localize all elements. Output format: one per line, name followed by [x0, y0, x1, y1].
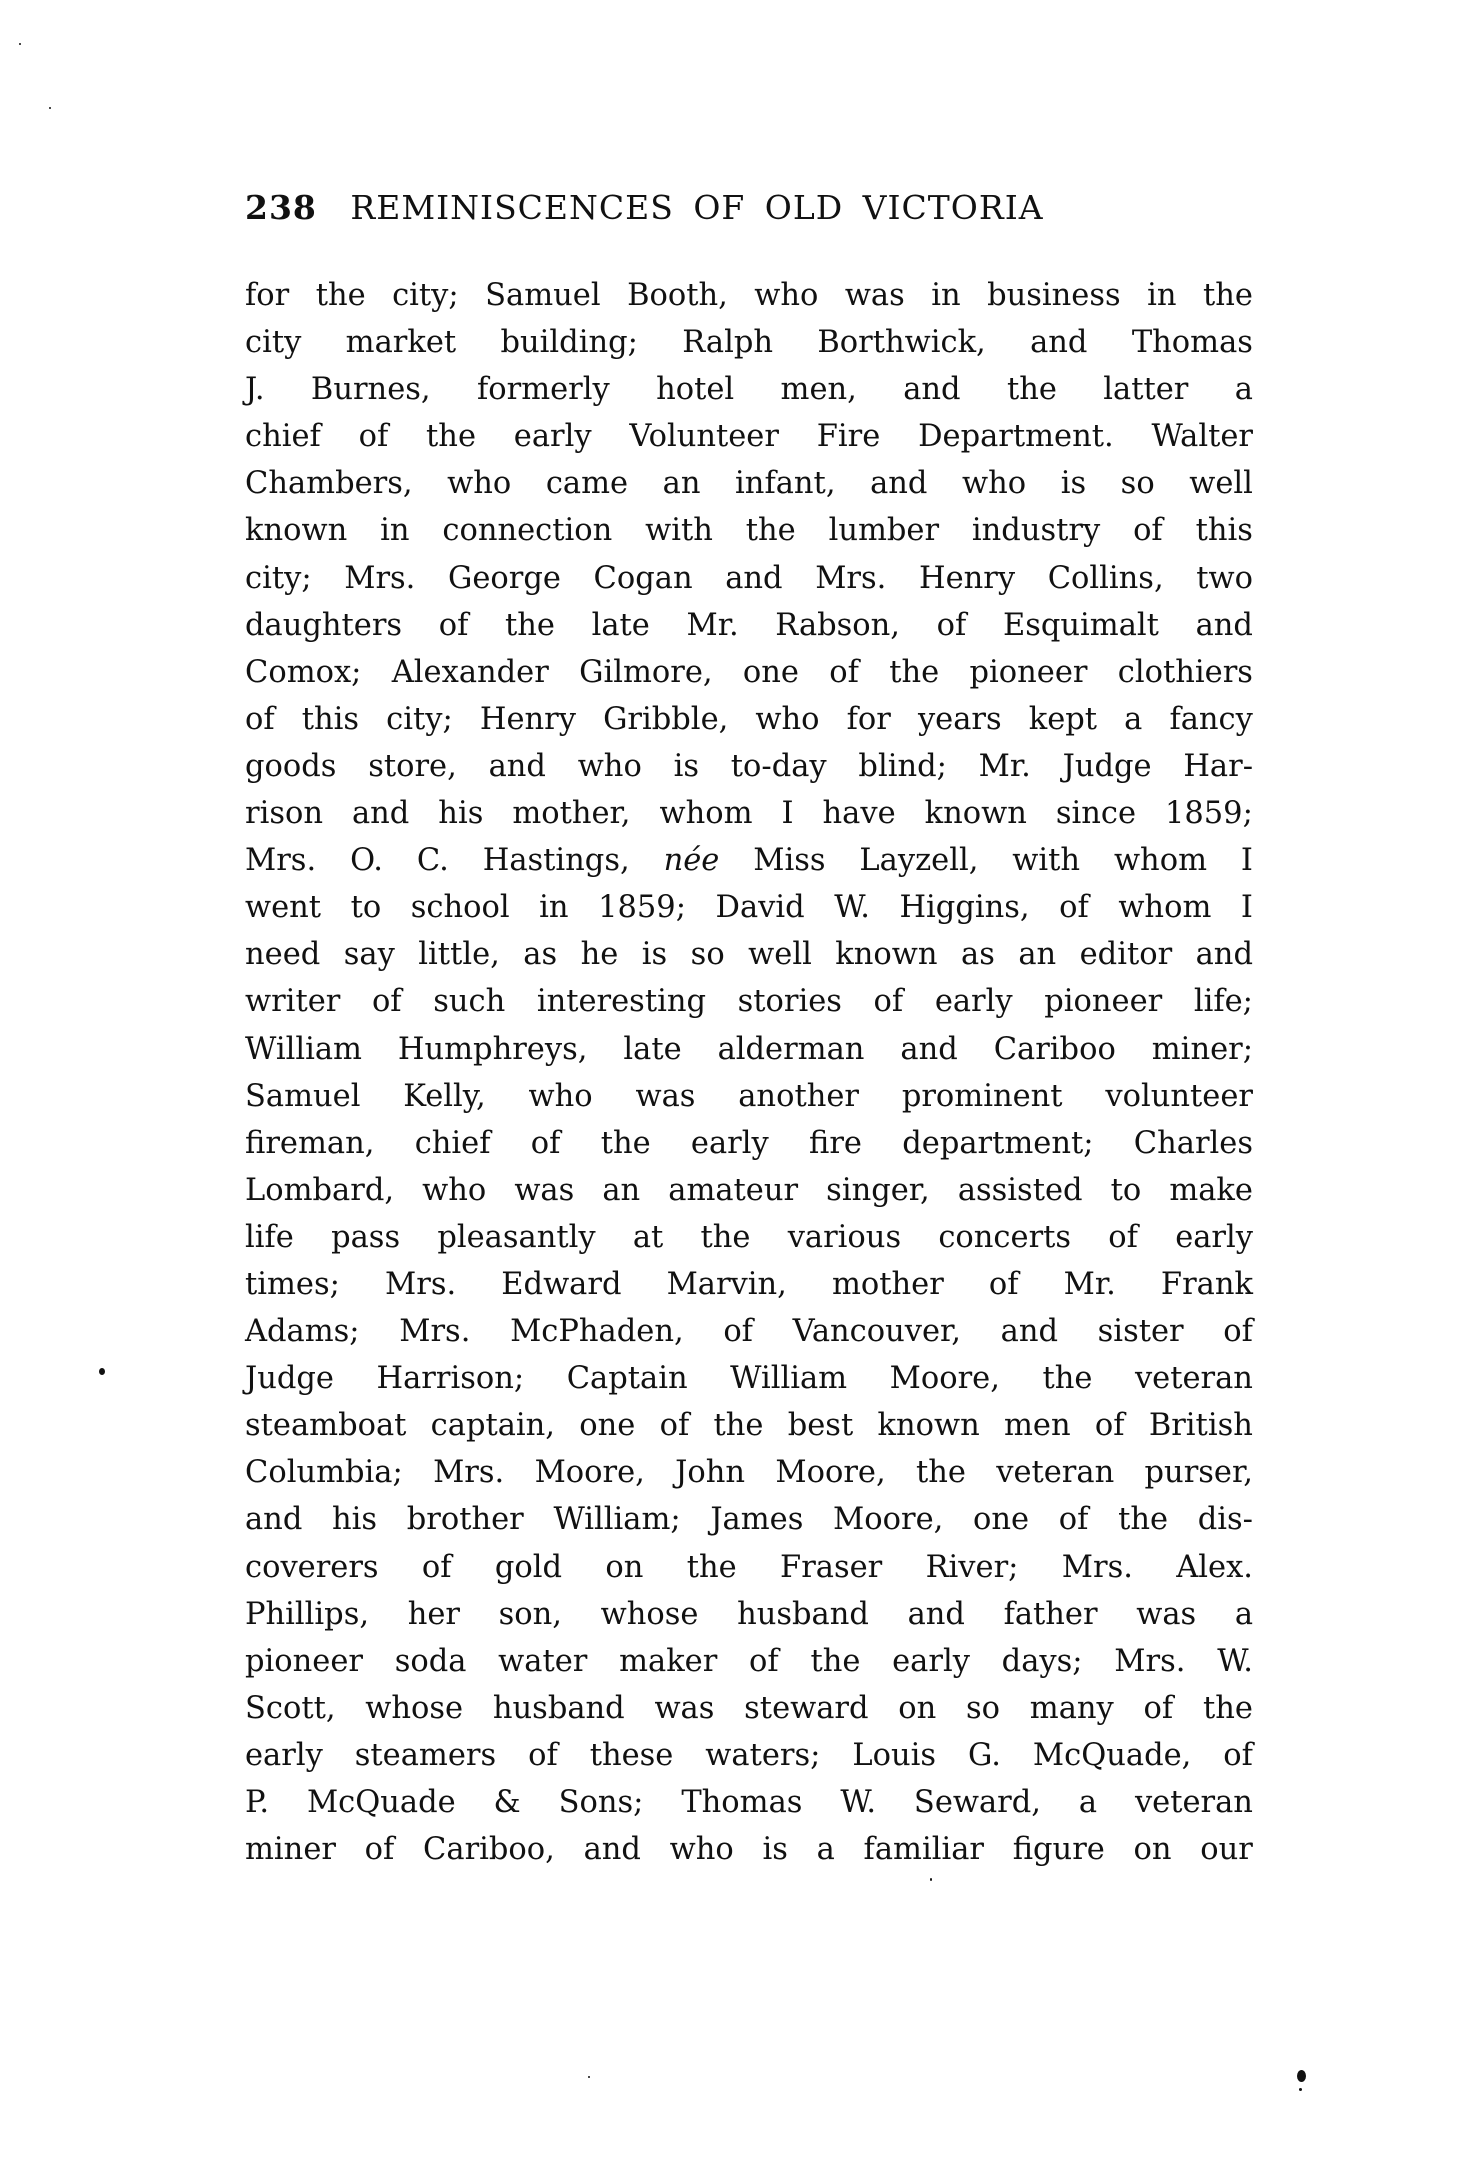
word: Henry	[919, 555, 1015, 602]
word: men	[1004, 1402, 1071, 1449]
word: an	[663, 460, 701, 507]
word: Edward	[501, 1261, 621, 1308]
word: stories	[738, 978, 842, 1025]
word: Fire	[817, 413, 881, 460]
word: kept	[1029, 696, 1097, 743]
word: who	[962, 460, 1026, 507]
word: David	[716, 884, 805, 931]
word: a	[1235, 366, 1253, 413]
ink-blot	[1297, 2070, 1306, 2082]
word: so	[691, 931, 725, 978]
word: Captain	[567, 1355, 688, 1402]
word: of	[365, 1826, 395, 1873]
text-line: pioneersodawatermakeroftheearlydays;Mrs.…	[245, 1638, 1253, 1685]
text-line: P.McQuade&Sons;ThomasW.Seward,aveteran	[245, 1779, 1253, 1826]
word: of	[372, 978, 402, 1025]
word: Ralph	[682, 319, 773, 366]
word: life	[245, 1214, 294, 1261]
word: the	[316, 272, 366, 319]
text-line: citymarketbuilding;RalphBorthwick,andTho…	[245, 319, 1253, 366]
text-line: andhisbrotherWilliam;JamesMoore,oneofthe…	[245, 1496, 1253, 1543]
word: city;	[245, 555, 312, 602]
word: née	[664, 837, 720, 884]
word: Scott,	[245, 1685, 336, 1732]
word: Esquimalt	[1003, 602, 1159, 649]
word: Moore,	[833, 1496, 943, 1543]
word: Henry	[480, 696, 576, 743]
word: say	[344, 931, 395, 978]
word: city	[245, 319, 301, 366]
word: various	[788, 1214, 901, 1261]
word: a	[1079, 1779, 1097, 1826]
word: is	[674, 743, 699, 790]
word: Chambers,	[245, 460, 413, 507]
text-line: goodsstore,andwhoisto-dayblind;Mr.JudgeH…	[245, 743, 1253, 790]
word: James	[710, 1496, 803, 1543]
word: our	[1200, 1826, 1253, 1873]
word: on	[605, 1544, 643, 1591]
word: a	[1124, 696, 1142, 743]
word: and	[1030, 319, 1087, 366]
word: and	[352, 790, 409, 837]
text-line: lifepasspleasantlyatthevariousconcertsof…	[245, 1214, 1253, 1261]
word: such	[433, 978, 505, 1025]
word: brother	[407, 1496, 524, 1543]
word: Borthwick,	[817, 319, 985, 366]
word: of	[531, 1120, 561, 1167]
word: store,	[368, 743, 457, 790]
word: known	[835, 931, 937, 978]
word: sister	[1098, 1308, 1184, 1355]
book-page: 238 REMINISCENCES OF OLD VICTORIA forthe…	[0, 0, 1464, 2180]
word: was	[514, 1167, 574, 1214]
word: was	[635, 1073, 695, 1120]
word: Higgins,	[899, 884, 1029, 931]
word: blind;	[858, 743, 946, 790]
word: Mrs.	[815, 555, 886, 602]
text-line: Adams;Mrs.McPhaden,ofVancouver,andsister…	[245, 1308, 1253, 1355]
ink-speck	[588, 2076, 590, 2078]
word: husband	[493, 1685, 625, 1732]
word: many	[1030, 1685, 1114, 1732]
word: on	[1134, 1826, 1172, 1873]
word: on	[898, 1685, 936, 1732]
word: McQuade	[307, 1779, 456, 1826]
word: familiar	[864, 1826, 984, 1873]
word: pioneer	[970, 649, 1088, 696]
word: known	[925, 790, 1027, 837]
text-line: ofthiscity;HenryGribble,whoforyearskepta…	[245, 696, 1253, 743]
word: Mr.	[979, 743, 1031, 790]
word: chief	[245, 413, 321, 460]
word: Thomas	[681, 1779, 802, 1826]
word: Mr.	[1064, 1261, 1116, 1308]
body-paragraph: forthecity;SamuelBooth,whowasinbusinessi…	[245, 272, 1253, 1873]
word: volunteer	[1105, 1073, 1253, 1120]
word: in	[380, 507, 409, 554]
word: miner;	[1152, 1026, 1253, 1073]
word: Marvin,	[667, 1261, 787, 1308]
word: whom	[1114, 837, 1207, 884]
word: interesting	[537, 978, 706, 1025]
word: Alexander	[392, 649, 549, 696]
word: clothiers	[1118, 649, 1253, 696]
word: of	[1059, 884, 1089, 931]
text-line: Lombard,whowasanamateursinger,assistedto…	[245, 1167, 1253, 1214]
word: so	[966, 1685, 1000, 1732]
word: is	[763, 1826, 788, 1873]
word: Mrs.	[344, 555, 415, 602]
word: Mrs.	[1114, 1638, 1185, 1685]
text-line: chiefoftheearlyVolunteerFireDepartment.W…	[245, 413, 1253, 460]
text-line: wenttoschoolin1859;DavidW.Higgins,ofwhom…	[245, 884, 1253, 931]
word: C.	[417, 837, 449, 884]
word: early	[1175, 1214, 1253, 1261]
word: industry	[972, 507, 1100, 554]
word: and	[489, 743, 546, 790]
word: pioneer	[1044, 978, 1162, 1025]
word: &	[494, 1779, 521, 1826]
word: known	[245, 507, 347, 554]
word: and	[584, 1826, 641, 1873]
word: and	[1196, 602, 1253, 649]
running-title: REMINISCENCES OF OLD VICTORIA	[350, 188, 1043, 227]
text-line: Scott,whosehusbandwasstewardonsomanyofth…	[245, 1685, 1253, 1732]
ink-speck	[930, 1878, 932, 1881]
word: to	[1111, 1167, 1142, 1214]
text-line: SamuelKelly,whowasanotherprominentvolunt…	[245, 1073, 1253, 1120]
word: Layzell,	[859, 837, 978, 884]
word: I	[1241, 884, 1253, 931]
word: O.	[350, 837, 383, 884]
word: Moore,	[775, 1449, 885, 1496]
text-line: Comox;AlexanderGilmore,oneofthepioneercl…	[245, 649, 1253, 696]
word: as	[961, 931, 995, 978]
word: building;	[501, 319, 638, 366]
word: best	[788, 1402, 853, 1449]
word: of	[937, 602, 967, 649]
text-line: Phillips,herson,whosehusbandandfatherwas…	[245, 1591, 1253, 1638]
word: the	[916, 1449, 966, 1496]
text-line: J.Burnes,formerlyhotelmen,andthelattera	[245, 366, 1253, 413]
word: Rabson,	[775, 602, 900, 649]
word: of	[660, 1402, 690, 1449]
word: make	[1169, 1167, 1253, 1214]
word: life;	[1194, 978, 1253, 1025]
word: is	[642, 931, 667, 978]
word: Cariboo	[994, 1026, 1116, 1073]
word: and	[903, 366, 960, 413]
word: veteran	[1135, 1355, 1253, 1402]
word: early	[245, 1732, 323, 1779]
word: steamboat	[245, 1402, 406, 1449]
word: his	[332, 1496, 377, 1543]
word: son,	[499, 1591, 562, 1638]
word: Walter	[1151, 413, 1253, 460]
word: he	[581, 931, 619, 978]
ink-speck	[99, 1368, 105, 1375]
word: lumber	[829, 507, 939, 554]
word: whose	[365, 1685, 463, 1732]
word: who	[529, 1073, 593, 1120]
word: years	[918, 696, 1002, 743]
word: the	[601, 1120, 651, 1167]
word: days;	[1002, 1638, 1083, 1685]
word: well	[1189, 460, 1253, 507]
text-line: JudgeHarrison;CaptainWilliamMoore,thevet…	[245, 1355, 1253, 1402]
word: of	[422, 1544, 452, 1591]
word: of	[245, 696, 275, 743]
word: late	[592, 602, 650, 649]
text-line: city;Mrs.GeorgeCoganandMrs.HenryCollins,…	[245, 555, 1253, 602]
word: steward	[744, 1685, 868, 1732]
word: Har-	[1183, 743, 1253, 790]
text-line: Chambers,whocameaninfant,andwhoissowell	[245, 460, 1253, 507]
word: her	[408, 1591, 460, 1638]
word: of	[723, 1308, 753, 1355]
word: was	[1136, 1591, 1196, 1638]
word: William;	[553, 1496, 680, 1543]
word: Vancouver,	[793, 1308, 961, 1355]
word: W.	[834, 884, 870, 931]
word: early	[892, 1638, 970, 1685]
running-header: 238 REMINISCENCES OF OLD VICTORIA	[245, 186, 1253, 230]
word: of	[749, 1638, 779, 1685]
word: the	[687, 1544, 737, 1591]
word: whom	[1118, 884, 1211, 931]
word: W.	[1217, 1638, 1253, 1685]
text-line: forthecity;SamuelBooth,whowasinbusinessi…	[245, 272, 1253, 319]
word: an	[1018, 931, 1056, 978]
word: Volunteer	[629, 413, 779, 460]
text-line: coverersofgoldontheFraserRiver;Mrs.Alex.	[245, 1544, 1253, 1591]
word: for	[847, 696, 891, 743]
word: for	[245, 272, 289, 319]
text-line: earlysteamersofthesewaters;LouisG.McQuad…	[245, 1732, 1253, 1779]
word: infant,	[735, 460, 835, 507]
word: of	[829, 649, 859, 696]
word: soda	[395, 1638, 467, 1685]
text-line: times;Mrs.EdwardMarvin,motherofMr.Frank	[245, 1261, 1253, 1308]
word: market	[346, 319, 456, 366]
word: business	[987, 272, 1121, 319]
word: of	[1108, 1214, 1138, 1261]
word: as	[523, 931, 557, 978]
word: Charles	[1134, 1120, 1253, 1167]
word: gold	[495, 1544, 562, 1591]
word: whom	[659, 790, 752, 837]
word: men,	[781, 366, 857, 413]
word: Louis	[852, 1732, 936, 1779]
word: dis-	[1198, 1496, 1253, 1543]
word: the	[1203, 1685, 1253, 1732]
word: the	[505, 602, 555, 649]
word: fancy	[1169, 696, 1252, 743]
word: of	[1223, 1732, 1253, 1779]
word: McPhaden,	[510, 1308, 684, 1355]
word: this	[1196, 507, 1253, 554]
word: and	[1196, 931, 1253, 978]
word: school	[411, 884, 510, 931]
word: one	[973, 1496, 1029, 1543]
text-line: risonandhismother,whomIhaveknownsince185…	[245, 790, 1253, 837]
word: who	[422, 1167, 486, 1214]
word: Lombard,	[245, 1167, 394, 1214]
word: and	[245, 1496, 302, 1543]
word: in	[931, 272, 960, 319]
word: Harrison;	[377, 1355, 525, 1402]
word: Adams;	[245, 1308, 360, 1355]
word: Columbia;	[245, 1449, 403, 1496]
word: singer,	[826, 1167, 930, 1214]
word: the	[1007, 366, 1057, 413]
word: Cogan	[594, 555, 693, 602]
word: went	[245, 884, 321, 931]
word: Thomas	[1132, 319, 1253, 366]
text-line: knowninconnectionwiththelumberindustryof…	[245, 507, 1253, 554]
word: to	[351, 884, 382, 931]
word: the	[1042, 1355, 1092, 1402]
word: goods	[245, 743, 336, 790]
word: and	[725, 555, 782, 602]
word: Frank	[1161, 1261, 1253, 1308]
word: Gilmore,	[579, 649, 712, 696]
word: since	[1056, 790, 1136, 837]
word: known	[877, 1402, 979, 1449]
word: early	[935, 978, 1013, 1025]
word: captain,	[431, 1402, 555, 1449]
word: writer	[245, 978, 340, 1025]
word: who	[755, 696, 819, 743]
text-line: needsaylittle,asheissowellknownasanedito…	[245, 931, 1253, 978]
page-number: 238	[245, 188, 317, 227]
word: and	[870, 460, 927, 507]
word: rison	[245, 790, 323, 837]
word: prominent	[902, 1073, 1063, 1120]
word: veteran	[1135, 1779, 1253, 1826]
word: alderman	[718, 1026, 865, 1073]
word: Hastings,	[483, 837, 630, 884]
word: mother	[832, 1261, 944, 1308]
word: early	[514, 413, 592, 460]
word: Seward,	[914, 1779, 1041, 1826]
word: early	[691, 1120, 769, 1167]
word: pioneer	[245, 1638, 363, 1685]
word: was	[845, 272, 905, 319]
word: have	[823, 790, 896, 837]
word: of	[874, 978, 904, 1025]
word: the	[701, 1214, 751, 1261]
ink-speck	[49, 107, 51, 109]
word: Judge	[245, 1355, 334, 1402]
word: concerts	[938, 1214, 1071, 1261]
word: McQuade,	[1033, 1732, 1191, 1779]
word: veteran	[996, 1449, 1114, 1496]
word: need	[245, 931, 320, 978]
word: with	[1012, 837, 1080, 884]
word: Phillips,	[245, 1591, 369, 1638]
word: 1859;	[1165, 790, 1253, 837]
word: whose	[601, 1591, 699, 1638]
word: River;	[926, 1544, 1019, 1591]
word: fire	[809, 1120, 862, 1167]
word: of	[1095, 1402, 1125, 1449]
text-line: WilliamHumphreys,latealdermanandCariboom…	[245, 1026, 1253, 1073]
word: with	[645, 507, 713, 554]
word: the	[746, 507, 796, 554]
word: Samuel	[485, 272, 600, 319]
word: of	[1223, 1308, 1253, 1355]
word: well	[748, 931, 812, 978]
word: British	[1149, 1402, 1253, 1449]
word: George	[448, 555, 561, 602]
word: Moore,	[535, 1449, 645, 1496]
word: and	[908, 1591, 965, 1638]
word: father	[1004, 1591, 1098, 1638]
word: his	[438, 790, 483, 837]
word: Kelly,	[403, 1073, 485, 1120]
word: at	[633, 1214, 663, 1261]
word: water	[498, 1638, 587, 1685]
word: mother,	[512, 790, 630, 837]
word: daughters	[245, 602, 402, 649]
word: these	[590, 1732, 674, 1779]
text-line: Columbia;Mrs.Moore,JohnMoore,theveteranp…	[245, 1449, 1253, 1496]
word: Humphreys,	[398, 1026, 588, 1073]
word: purser,	[1145, 1449, 1253, 1496]
word: pleasantly	[437, 1214, 595, 1261]
word: is	[1061, 460, 1086, 507]
word: connection	[442, 507, 612, 554]
word: another	[738, 1073, 859, 1120]
word: Booth,	[627, 272, 728, 319]
word: editor	[1080, 931, 1173, 978]
word: one	[579, 1402, 635, 1449]
word: the	[426, 413, 476, 460]
word: of	[1144, 1685, 1174, 1732]
word: Gribble,	[603, 696, 728, 743]
text-line: fireman,chiefoftheearlyfiredepartment;Ch…	[245, 1120, 1253, 1167]
word: the	[810, 1638, 860, 1685]
word: Mr.	[686, 602, 738, 649]
word: Mrs.	[245, 837, 316, 884]
word: Mrs.	[433, 1449, 504, 1496]
word: figure	[1013, 1826, 1105, 1873]
word: this	[302, 696, 359, 743]
word: in	[1147, 272, 1176, 319]
word: P.	[245, 1779, 269, 1826]
word: to-day	[731, 743, 827, 790]
word: little,	[418, 931, 500, 978]
word: coverers	[245, 1544, 379, 1591]
text-line: Mrs.O.C.Hastings,néeMissLayzell,withwhom…	[245, 837, 1253, 884]
word: Fraser	[780, 1544, 882, 1591]
word: in	[539, 884, 568, 931]
text-line: daughtersofthelateMr.Rabson,ofEsquimalta…	[245, 602, 1253, 649]
word: Mrs.	[1062, 1544, 1133, 1591]
word: Cariboo,	[423, 1826, 555, 1873]
word: G.	[968, 1732, 1001, 1779]
word: William	[245, 1026, 362, 1073]
word: one	[743, 649, 799, 696]
word: formerly	[477, 366, 610, 413]
word: late	[623, 1026, 681, 1073]
word: chief	[415, 1120, 491, 1167]
word: waters;	[705, 1732, 820, 1779]
word: city;	[392, 272, 459, 319]
text-line: steamboatcaptain,oneofthebestknownmenofB…	[245, 1402, 1253, 1449]
word: department;	[902, 1120, 1093, 1167]
